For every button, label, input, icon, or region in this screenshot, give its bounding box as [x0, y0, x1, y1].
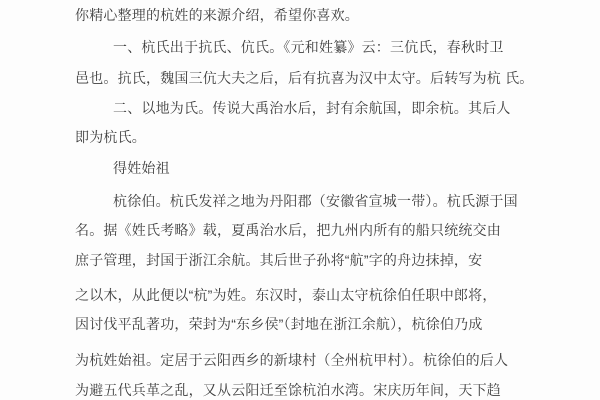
- text-line: 你精心整理的杭姓的来源介绍，希望你喜欢。: [75, 6, 535, 24]
- text-line: 因讨伐平乱著功，荣封为“东乡侯”（封地在浙江余航），杭徐伯乃成: [75, 315, 535, 333]
- document-page: 你精心整理的杭姓的来源介绍，希望你喜欢。 一、杭氏出于抗氏、伉氏。《元和姓纂》云…: [0, 0, 600, 400]
- text-line: 为避五代兵革之乱，又从云阳迁至馀杭泊水湾。宋庆历年间，天下趋: [75, 381, 535, 399]
- text-line: 庶子管理，封国于浙江余航。其后世子孙将“航”字的舟边抹掉，安: [75, 251, 535, 269]
- text-line: 一、杭氏出于抗氏、伉氏。《元和姓纂》云：三伉氏，春秋时卫: [113, 38, 573, 56]
- text-line: 之以木，从此便以“杭”为姓。东汉时，泰山太守杭徐伯任职中郎将，: [75, 286, 535, 304]
- text-line: 杭徐伯。杭氏发祥之地为丹阳郡（安徽省宣城一带）。杭氏源于国: [113, 192, 573, 210]
- text-line: 为杭姓始祖。定居于云阳西乡的新埭村（全州杭甲村）。杭徐伯的后人: [75, 351, 535, 369]
- text-line: 即为杭氏。: [75, 128, 535, 146]
- text-line: 二、以地为氏。传说大禹治水后，封有余航国，即余杭。其后人: [113, 99, 573, 117]
- text-line: 得姓始祖: [113, 159, 573, 177]
- text-line: 名。据《姓氏考略》载，夏禹治水后，把九州内所有的船只统统交由: [75, 221, 535, 239]
- text-line: 邑也。抗氏，魏国三伉大夫之后，后有抗喜为汉中太守。后转写为杭 氏。: [75, 69, 535, 87]
